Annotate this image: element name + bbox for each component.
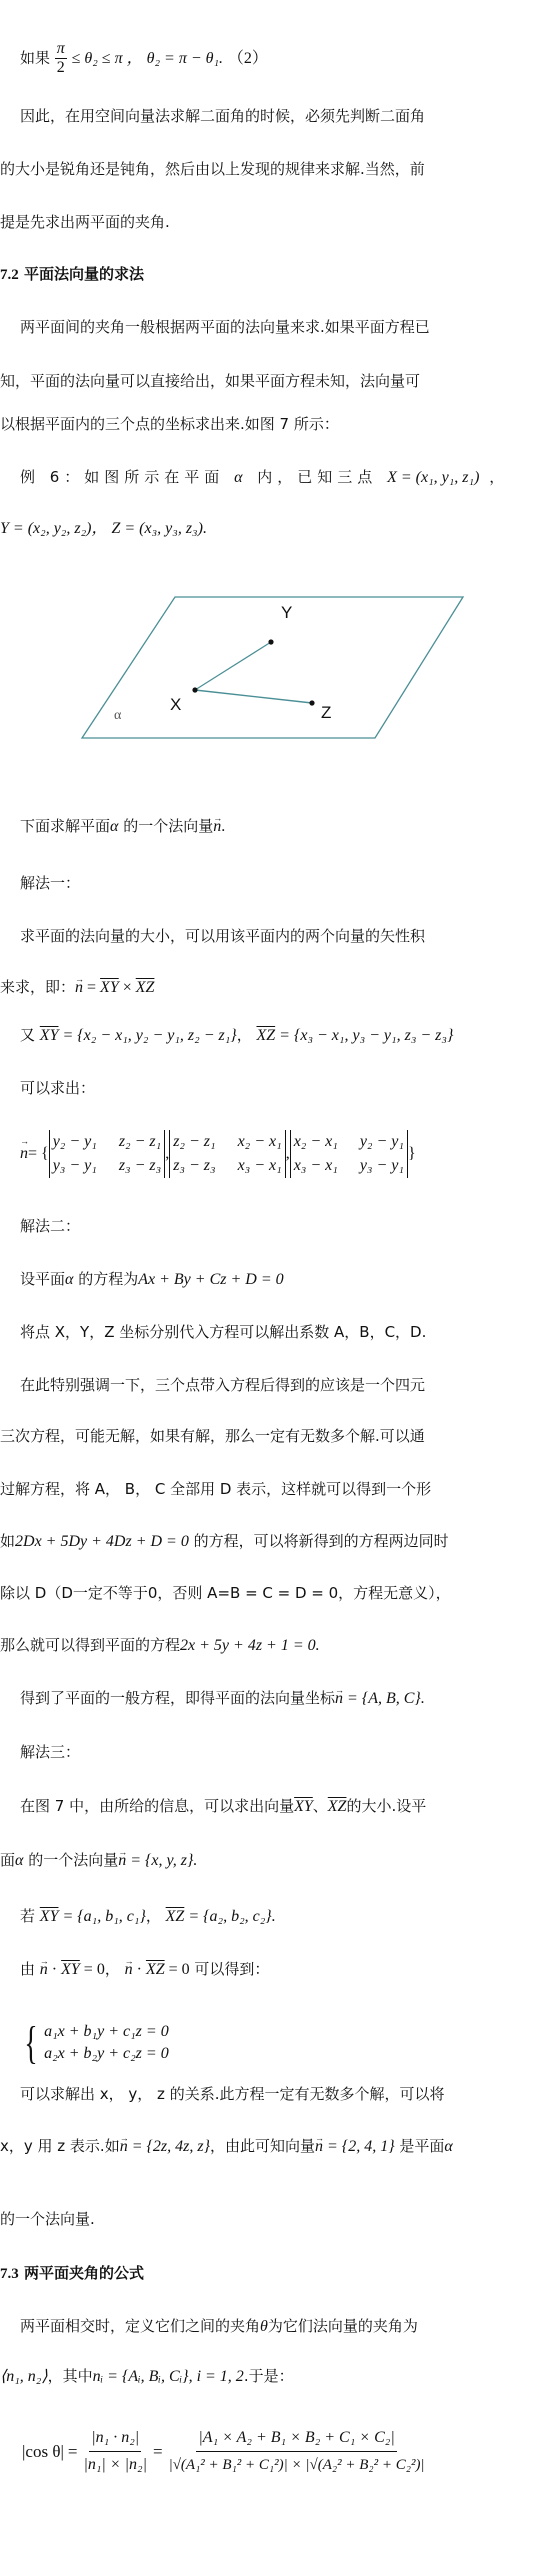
- text: 在图 7 中，由所给的信息，可以求出向量: [20, 1797, 294, 1815]
- section-title: 两平面夹角的公式: [24, 2264, 144, 2282]
- point-z-dot: [309, 700, 314, 705]
- equals-sign: =: [68, 2442, 78, 2462]
- text: ，: [105, 1960, 125, 1978]
- text: ，: [237, 1026, 257, 1044]
- equation-tag: （2）: [228, 50, 268, 67]
- det-cell: y₂ − y₁: [360, 1130, 404, 1154]
- paragraph-line: 两平面间的夹角一般根据两平面的法向量来求.如果平面方程已: [20, 316, 430, 338]
- math-inline: 2Dx + 5Dy + 4Dz + D = 0: [15, 1533, 189, 1550]
- text: 若: [20, 1907, 35, 1925]
- equals-sign: =: [153, 2442, 163, 2462]
- vector-xz: XZ: [256, 1027, 275, 1044]
- example-6-line: 例 6：如图所示在平面 α 内，已知三点 X = (x₁, y₁, z₁) ，: [20, 466, 509, 488]
- paragraph-line: 若 XY = {a₁, b₁, c₁}， XZ = {a₂, b₂, c₂}.: [20, 1905, 276, 1927]
- plane-alpha-outline: [82, 597, 463, 738]
- solve-normal-line: 下面求解平面α 的一个法向量n.: [20, 815, 225, 837]
- figure-7-plane-diagram: Y X Z α: [0, 590, 559, 760]
- fraction-components: |A₁ × A₂ + B₁ × B₂ + C₁ × C₂| |√(A₁² + B…: [167, 2425, 427, 2478]
- example-6-points: Y = (x₂, y₂, z₂)， Z = (x₃, y₃, z₃).: [0, 518, 207, 540]
- paragraph-line: x，y 用 z 表示.如n = {2z, 4z, z}，由此可知向量n = {2…: [0, 2135, 453, 2157]
- left-brace: {: [24, 2020, 37, 2066]
- math-inline: = {x₂ − x₁, y₂ − y₁, z₂ − z₁}: [58, 1027, 236, 1044]
- vector-xy: XY: [40, 1027, 59, 1044]
- system-rows: a₁x + b₁y + c₁z = 0 a₂x + b₂y + c₂z = 0: [44, 2021, 169, 2065]
- vector-xz: XZ: [146, 1961, 165, 1978]
- math-inline: X = (x₁, y₁, z₁): [387, 469, 479, 486]
- paragraph-line: 的一个法向量.: [0, 2208, 95, 2230]
- normal-vector-n: n: [120, 2136, 128, 2158]
- text: x，y 用 z 表示.如: [0, 2137, 120, 2155]
- det-cell: z₃ − z₃: [173, 1154, 215, 1178]
- paragraph-line: 如2Dx + 5Dy + 4Dz + D = 0 的方程，可以将新得到的方程两边…: [0, 1530, 449, 1552]
- vector-xy: XY: [40, 1908, 59, 1925]
- text: ，: [146, 1907, 166, 1925]
- vector-xy: XY: [61, 1961, 80, 1978]
- text: 内，已知三点: [257, 468, 377, 486]
- vector-xy: XY: [100, 979, 119, 996]
- vector-xy: XY: [294, 1798, 313, 1815]
- fraction-normals: |n₁ · n₂| |n₁| × |n₂|: [81, 2425, 149, 2478]
- text: 两平面相交时，定义它们之间的夹角: [20, 2317, 260, 2335]
- normal-vector-n: n: [40, 1959, 48, 1981]
- condition-line: 如果 π 2 ≤ θ₂ ≤ π ， θ₂ = π − θ₁. （2）: [20, 40, 268, 76]
- frac-bot: |n₁| × |n₂|: [81, 2452, 149, 2478]
- normal-vector-n: n: [315, 2136, 323, 2158]
- text: .于是：: [244, 2367, 294, 2385]
- math-inline: = {a₁, b₁, c₁}: [58, 1908, 145, 1925]
- text: 由: [20, 1960, 35, 1978]
- normal-vector-n: n: [213, 816, 221, 838]
- segment-xy: [195, 642, 271, 690]
- math-inline: = {a₂, b₂, c₂}.: [184, 1908, 275, 1925]
- math-inline: = {x₃ − x₁, y₃ − y₁, z₃ − z₃}: [275, 1027, 453, 1044]
- paragraph-line: 的大小是锐角还是钝角，然后由以上发现的规律来求解.当然，前: [0, 158, 425, 180]
- text: 的一个法向量: [28, 1851, 118, 1869]
- text: 如: [0, 1532, 15, 1550]
- normal-vector-n: n: [335, 1688, 343, 1710]
- paragraph-line: 求平面的法向量的大小，可以用该平面内的两个向量的矢性积: [20, 925, 425, 947]
- system-row: a₂x + b₂y + c₂z = 0: [44, 2043, 169, 2065]
- determinant-formula: n = { y₂ − y₁ z₂ − z₁ y₃ − y₁ z₃ − z₃ , …: [20, 1130, 416, 1178]
- det-cell: y₂ − y₁: [53, 1130, 97, 1154]
- paragraph-line: 在此特别强调一下，三个点带入方程后得到的应该是一个四元: [20, 1374, 425, 1396]
- math-inline: = {x, y, z}.: [126, 1852, 197, 1869]
- det-cell: y₃ − y₁: [53, 1154, 97, 1178]
- text: 又: [20, 1026, 35, 1044]
- fraction-pi-over-2: π 2: [55, 40, 67, 77]
- text: 面: [0, 1851, 15, 1869]
- math-inline: = {2, 4, 1}: [323, 2138, 395, 2155]
- text: ×: [119, 979, 136, 996]
- paragraph-line: 提是先求出两平面的夹角.: [0, 211, 170, 233]
- alpha-symbol: α: [15, 1852, 23, 1869]
- cross-product-line: 来求，即：n = XY × XZ: [0, 976, 154, 998]
- paragraph-line: 由 n · XY = 0， n · XZ = 0 可以得到：: [20, 1958, 269, 1980]
- section-title: 平面法向量的求法: [24, 265, 144, 283]
- text: 例 6：如图所示在平面: [20, 468, 224, 486]
- paragraph-line: 过解方程，将 A， B， C 全部用 D 表示，这样就可以得到一个形: [0, 1478, 431, 1500]
- normal-vector-n: n: [125, 1959, 133, 1981]
- label-x: X: [170, 695, 181, 715]
- text: }: [408, 1145, 416, 1163]
- text: =: [83, 979, 100, 996]
- text: = 0: [165, 1961, 190, 1978]
- text: 可以得到：: [194, 1960, 269, 1978]
- frac-bot: 2: [55, 59, 67, 77]
- vector-xz: XZ: [328, 1798, 347, 1815]
- text: 那么就可以得到平面的方程: [0, 1636, 180, 1654]
- text: 为它们法向量的夹角为: [268, 2317, 418, 2335]
- cosine-angle-formula: |cos θ| = |n₁ · n₂| |n₁| × |n₂| = |A₁ × …: [22, 2425, 427, 2478]
- text: = {: [28, 1145, 49, 1163]
- text: 的方程为: [78, 1270, 138, 1288]
- section-number: 7.2: [0, 267, 19, 283]
- determinant-3: x₂ − x₁ y₂ − y₁ x₃ − x₁ y₃ − y₁: [290, 1130, 408, 1178]
- text: 、: [313, 1797, 328, 1815]
- det-cell: x₂ − x₁: [294, 1130, 338, 1154]
- det-cell: z₃ − z₃: [119, 1154, 161, 1178]
- frac-top: |A₁ × A₂ + B₁ × B₂ + C₁ × C₂|: [196, 2425, 396, 2452]
- alpha-symbol: α: [444, 2138, 452, 2155]
- text: ，其中: [48, 2367, 93, 2385]
- section-number: 7.3: [0, 2266, 19, 2282]
- point-y-dot: [268, 639, 273, 644]
- paragraph-line: 将点 X，Y，Z 坐标分别代入方程可以解出系数 A，B，C，D.: [20, 1321, 426, 1343]
- det-cell: z₂ − z₁: [173, 1130, 215, 1154]
- paragraph-line: 除以 D（D一定不等于0，否则 A=B = C = D = 0，方程无意义），: [0, 1582, 451, 1604]
- text: 的方程，可以将新得到的方程两边同时: [194, 1532, 449, 1550]
- math-inline: = {2z, 4z, z}: [128, 2138, 210, 2155]
- formula-lhs: |cos θ|: [22, 2442, 64, 2462]
- frac-top: π: [55, 40, 67, 59]
- math-inline: nᵢ = {Aᵢ, Bᵢ, Cᵢ}, i = 1, 2: [93, 2368, 244, 2385]
- paragraph-line: 在图 7 中，由所给的信息，可以求出向量XY、XZ的大小.设平: [20, 1795, 426, 1817]
- paragraph-line: 可以求解出 x， y， z 的关系.此方程一定有无数多个解，可以将: [20, 2083, 444, 2105]
- paragraph-line: 以根据平面内的三个点的坐标求出来.如图 7 所示：: [0, 413, 339, 435]
- vector-xz: XZ: [136, 979, 155, 996]
- paragraph-line: 得到了平面的一般方程，即得平面的法向量坐标n = {A, B, C}.: [20, 1687, 425, 1709]
- text: 是平面: [399, 2137, 444, 2155]
- label-z: Z: [321, 703, 331, 723]
- determinant-2: z₂ − z₁ x₂ − x₁ z₃ − z₃ x₃ − x₁: [169, 1130, 286, 1178]
- paragraph-line: 两平面相交时，定义它们之间的夹角θ为它们法向量的夹角为: [20, 2315, 418, 2337]
- point-x-dot: [192, 687, 197, 692]
- section-heading-7-2: 7.2 平面法向量的求法: [0, 263, 144, 285]
- paragraph-line: 因此，在用空间向量法求解二面角的时候，必须先判断二面角: [20, 105, 425, 127]
- text: 来求，即：: [0, 978, 75, 996]
- text: 得到了平面的一般方程，即得平面的法向量坐标: [20, 1689, 335, 1707]
- text: 下面求解平面: [20, 817, 110, 835]
- normal-vector-n: n: [20, 1145, 28, 1163]
- paragraph-line: 面α 的一个法向量n = {x, y, z}.: [0, 1849, 197, 1871]
- math-inline: 2x + 5y + 4z + 1 = 0.: [180, 1637, 320, 1654]
- label-y: Y: [281, 603, 292, 623]
- frac-bot: |√(A₁² + B₁² + C₁²)| × |√(A₂² + B₂² + C₂…: [167, 2452, 427, 2478]
- text: ·: [48, 1961, 61, 1978]
- plane-equation-line: 设平面α 的方程为Ax + By + Cz + D = 0: [20, 1268, 284, 1290]
- math-inline: ≤ θ₂ ≤ π ， θ₂ = π − θ₁.: [72, 50, 223, 67]
- label-alpha: α: [114, 708, 121, 724]
- method-2-label: 解法二：: [20, 1215, 80, 1237]
- math-inline: ⟨n₁, n₂⟩: [0, 2368, 48, 2385]
- det-cell: z₂ − z₁: [119, 1130, 161, 1154]
- math-inline: = {A, B, C}.: [343, 1690, 425, 1707]
- paragraph-line: 知，平面的法向量可以直接给出，如果平面方程未知，法向量可: [0, 370, 420, 392]
- can-derive-label: 可以求出：: [20, 1077, 95, 1099]
- det-cell: x₂ − x₁: [238, 1130, 282, 1154]
- paragraph-line: 那么就可以得到平面的方程2x + 5y + 4z + 1 = 0.: [0, 1634, 320, 1656]
- method-1-label: 解法一：: [20, 872, 80, 894]
- det-cell: y₃ − y₁: [360, 1154, 404, 1178]
- text: ，: [489, 468, 509, 486]
- paragraph-line: ⟨n₁, n₂⟩，其中nᵢ = {Aᵢ, Bᵢ, Cᵢ}, i = 1, 2.于…: [0, 2365, 294, 2387]
- equation-system: { a₁x + b₁y + c₁z = 0 a₂x + b₂y + c₂z = …: [20, 2020, 169, 2066]
- text: 设平面: [20, 1270, 65, 1288]
- vector-xz: XZ: [166, 1908, 185, 1925]
- text: 的大小.设平: [346, 1797, 426, 1815]
- normal-vector-n: n: [118, 1850, 126, 1872]
- frac-top: |n₁ · n₂|: [89, 2425, 141, 2452]
- vectors-definition-line: 又 XY = {x₂ − x₁, y₂ − y₁, z₂ − z₁}， XZ =…: [20, 1024, 453, 1046]
- text: ·: [133, 1961, 146, 1978]
- section-heading-7-3: 7.3 两平面夹角的公式: [0, 2262, 144, 2284]
- alpha-symbol: α: [234, 469, 247, 486]
- alpha-symbol: α: [65, 1271, 73, 1288]
- math-inline: Ax + By + Cz + D = 0: [138, 1271, 283, 1288]
- det-cell: x₃ − x₁: [294, 1154, 338, 1178]
- theta-symbol: θ: [260, 2318, 268, 2335]
- normal-vector-n: n: [75, 977, 83, 999]
- paragraph-line: 三次方程，可能无解，如果有解，那么一定有无数多个解.可以通: [0, 1425, 425, 1447]
- det-cell: x₃ − x₁: [238, 1154, 282, 1178]
- text: = 0: [80, 1961, 105, 1978]
- text: 的一个法向量: [123, 817, 213, 835]
- method-3-label: 解法三：: [20, 1741, 80, 1763]
- alpha-symbol: α: [110, 818, 118, 835]
- plane-diagram-svg: [0, 590, 559, 760]
- text: ，由此可知向量: [210, 2137, 315, 2155]
- determinant-1: y₂ − y₁ z₂ − z₁ y₃ − y₁ z₃ − z₃: [49, 1130, 166, 1178]
- text: 如果: [20, 49, 50, 67]
- system-row: a₁x + b₁y + c₁z = 0: [44, 2021, 169, 2043]
- segment-xz: [195, 690, 312, 703]
